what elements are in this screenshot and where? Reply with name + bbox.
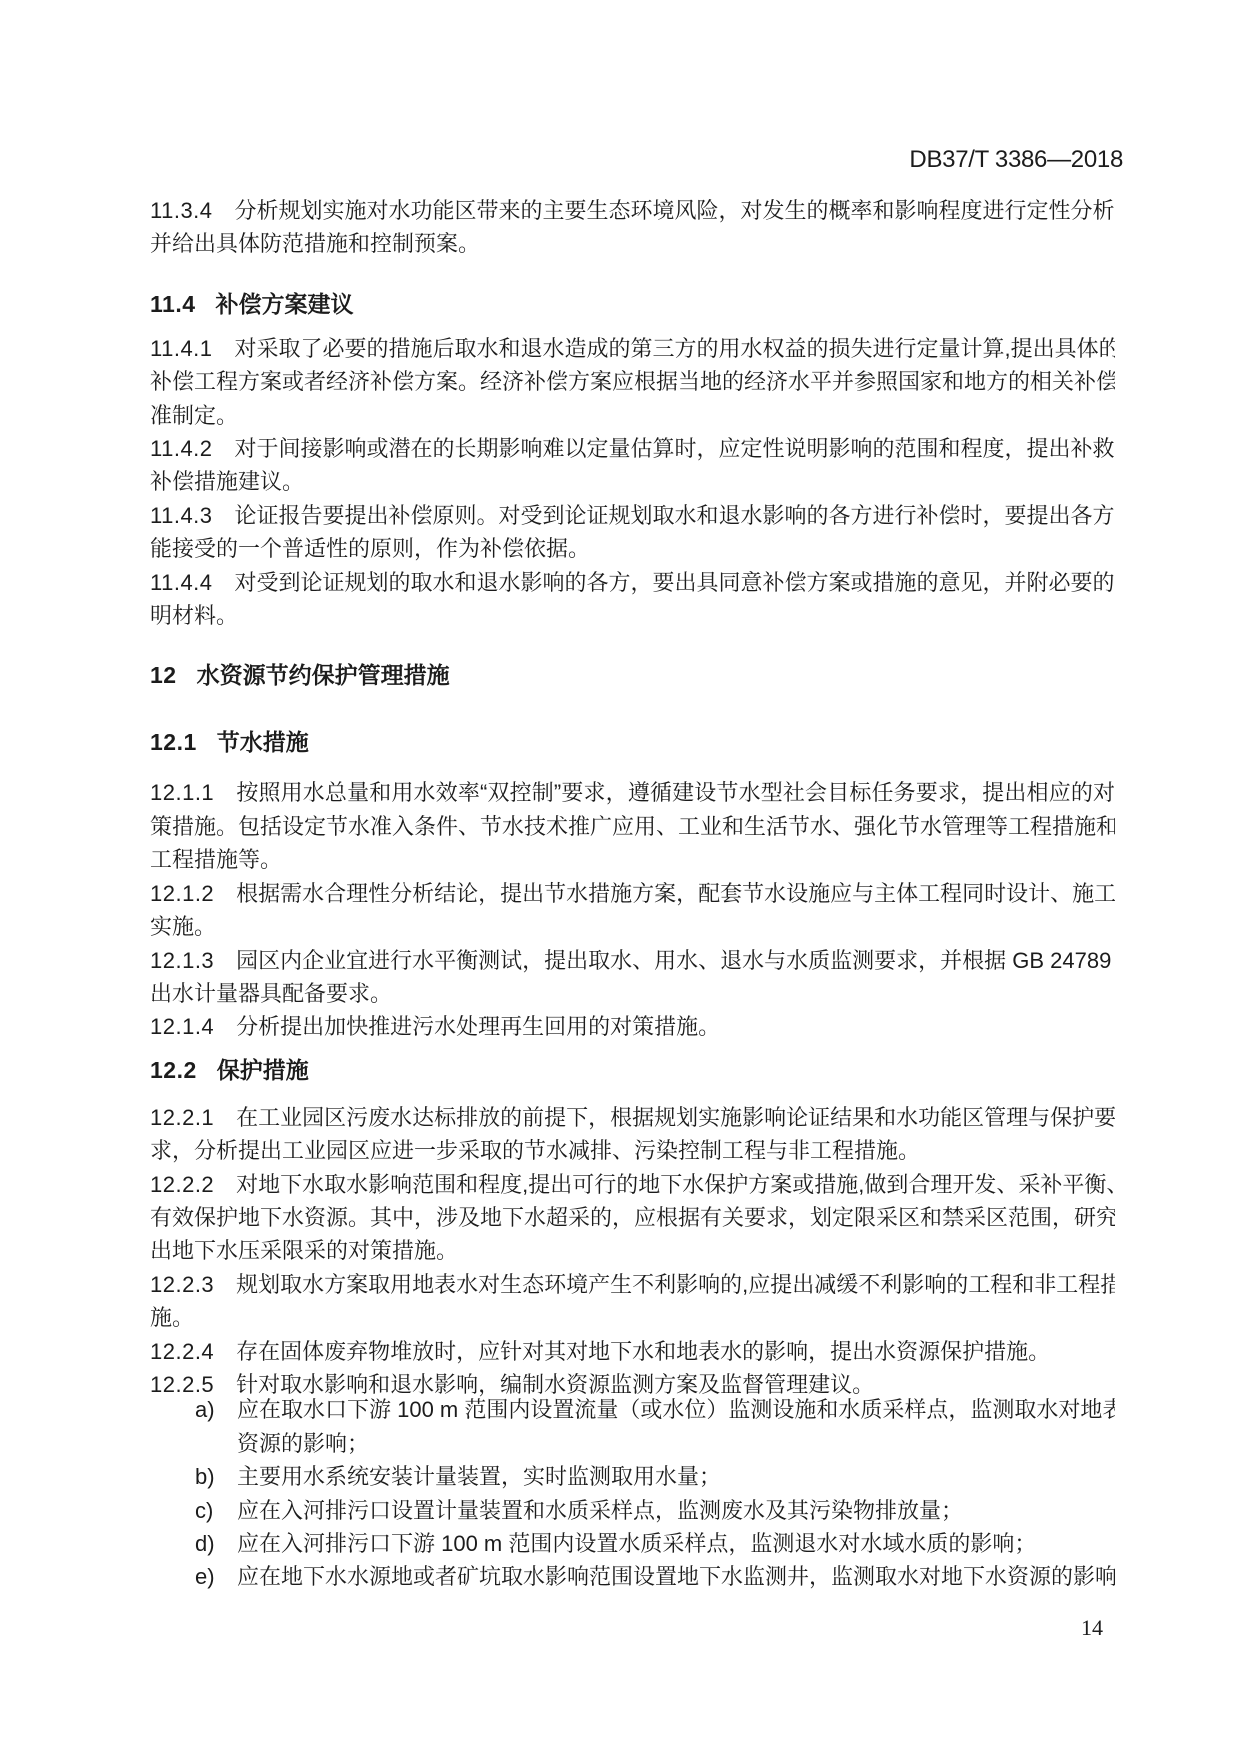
- list-item-d: d) 应在入河排污口下游 100 m 范围内设置水质采样点，监测退水对水域水质的…: [150, 1527, 1115, 1560]
- list-item-b: b) 主要用水系统安装计量装置，实时监测取用水量；: [150, 1460, 1115, 1493]
- clause-text: 根据需水合理性分析结论，提出节水措施方案，配套节水设施应与主体工程同时设计、施工…: [236, 881, 1115, 906]
- page-number: 14: [150, 1615, 1103, 1641]
- heading-number: 12.2: [150, 1053, 197, 1087]
- clause-line: 能接受的一个普适性的原则，作为补偿依据。: [150, 532, 1115, 565]
- clause-number: 12.2.3: [150, 1268, 214, 1301]
- clause-text: 按照用水总量和用水效率“双控制”要求，遵循建设节水型社会目标任务要求，提出相应的…: [236, 780, 1115, 805]
- list-item-line: 资源的影响；: [237, 1427, 1115, 1460]
- clause-line: 12.2.4存在固体废弃物堆放时，应针对其对地下水和地表水的影响，提出水资源保护…: [150, 1335, 1115, 1368]
- list-item-e: e) 应在地下水水源地或者矿坑取水影响范围设置地下水监测井，监测取水对地下水资源…: [150, 1560, 1115, 1593]
- clause-11-4-1: 11.4.1对采取了必要的措施后取水和退水造成的第三方的用水权益的损失进行定量计…: [150, 332, 1115, 432]
- heading-title: 水资源节约保护管理措施: [197, 662, 450, 688]
- clause-text: 在工业园区污废水达标排放的前提下，根据规划实施影响论证结果和水功能区管理与保护要: [236, 1105, 1115, 1130]
- clause-line: 12.1.4分析提出加快推进污水处理再生回用的对策措施。: [150, 1010, 1115, 1043]
- list-item-line: 应在入河排污口设置计量装置和水质采样点，监测废水及其污染物排放量；: [237, 1494, 1115, 1527]
- clause-line: 策措施。包括设定节水准入条件、节水技术推广应用、工业和生活节水、强化节水管理等工…: [150, 810, 1115, 843]
- clause-number: 12.1.2: [150, 877, 214, 910]
- heading-title: 保护措施: [217, 1057, 309, 1083]
- clause-number: 12.1.3: [150, 944, 214, 977]
- clause-line: 并给出具体防范措施和控制预案。: [150, 227, 1115, 260]
- clause-line: 12.2.2对地下水取水影响范围和程度,提出可行的地下水保护方案或措施,做到合理…: [150, 1168, 1115, 1201]
- list-item-line: 主要用水系统安装计量装置，实时监测取用水量；: [237, 1460, 1115, 1493]
- heading-11-4: 11.4补偿方案建议: [150, 287, 1115, 321]
- list-item-body: 应在地下水水源地或者矿坑取水影响范围设置地下水监测井，监测取水对地下水资源的影响…: [237, 1560, 1115, 1593]
- clause-text: 对采取了必要的措施后取水和退水造成的第三方的用水权益的损失进行定量计算,提出具体…: [235, 336, 1115, 361]
- clause-line: 12.1.3园区内企业宜进行水平衡测试，提出取水、用水、退水与水质监测要求，并根…: [150, 944, 1115, 977]
- clause-text: 存在固体废弃物堆放时，应针对其对地下水和地表水的影响，提出水资源保护措施。: [236, 1339, 1050, 1364]
- heading-number: 12.1: [150, 725, 197, 759]
- list-item-body: 应在入河排污口下游 100 m 范围内设置水质采样点，监测退水对水域水质的影响；: [237, 1527, 1115, 1560]
- clause-line: 12.2.1在工业园区污废水达标排放的前提下，根据规划实施影响论证结果和水功能区…: [150, 1101, 1115, 1134]
- list-marker: b): [195, 1460, 237, 1493]
- clause-line: 12.1.1按照用水总量和用水效率“双控制”要求，遵循建设节水型社会目标任务要求…: [150, 776, 1115, 809]
- clause-line: 11.4.4对受到论证规划的取水和退水影响的各方，要出具同意补偿方案或措施的意见…: [150, 566, 1115, 599]
- clause-11-4-4: 11.4.4对受到论证规划的取水和退水影响的各方，要出具同意补偿方案或措施的意见…: [150, 566, 1115, 633]
- clause-12-1-1: 12.1.1按照用水总量和用水效率“双控制”要求，遵循建设节水型社会目标任务要求…: [150, 776, 1115, 876]
- list-item-line: 应在取水口下游 100 m 范围内设置流量（或水位）监测设施和水质采样点，监测取…: [237, 1393, 1115, 1426]
- list-item-line: 应在地下水水源地或者矿坑取水影响范围设置地下水监测井，监测取水对地下水资源的影响…: [237, 1560, 1115, 1593]
- clause-12-1-3: 12.1.3园区内企业宜进行水平衡测试，提出取水、用水、退水与水质监测要求，并根…: [150, 944, 1115, 1011]
- document-page: DB37/T 3386—2018 11.3.4分析规划实施对水功能区带来的主要生…: [0, 0, 1241, 1755]
- heading-12: 12水资源节约保护管理措施: [150, 658, 1115, 692]
- clause-11-4-2: 11.4.2对于间接影响或潜在的长期影响难以定量估算时，应定性说明影响的范围和程…: [150, 432, 1115, 499]
- clause-12-2-3: 12.2.3规划取水方案取用地表水对生态环境产生不利影响的,应提出减缓不利影响的…: [150, 1268, 1115, 1335]
- clause-line: 12.2.3规划取水方案取用地表水对生态环境产生不利影响的,应提出减缓不利影响的…: [150, 1268, 1115, 1301]
- heading-number: 12: [150, 658, 177, 692]
- heading-number: 11.4: [150, 287, 196, 321]
- clause-line: 11.4.2对于间接影响或潜在的长期影响难以定量估算时，应定性说明影响的范围和程…: [150, 432, 1115, 465]
- clause-text: 分析提出加快推进污水处理再生回用的对策措施。: [236, 1014, 720, 1039]
- clause-line: 有效保护地下水资源。其中，涉及地下水超采的，应根据有关要求，划定限采区和禁采区范…: [150, 1201, 1115, 1234]
- clause-line: 11.4.1对采取了必要的措施后取水和退水造成的第三方的用水权益的损失进行定量计…: [150, 332, 1115, 365]
- clause-line: 实施。: [150, 910, 1115, 943]
- list-marker: a): [195, 1393, 237, 1460]
- clause-text: 对地下水取水影响范围和程度,提出可行的地下水保护方案或措施,做到合理开发、采补平…: [236, 1172, 1115, 1197]
- page-content: DB37/T 3386—2018 11.3.4分析规划实施对水功能区带来的主要生…: [150, 0, 1115, 1641]
- clause-line: 施。: [150, 1301, 1115, 1334]
- clause-line: 明材料。: [150, 599, 1115, 632]
- clause-list: a) 应在取水口下游 100 m 范围内设置流量（或水位）监测设施和水质采样点，…: [150, 1393, 1115, 1593]
- heading-12-2: 12.2保护措施: [150, 1053, 1115, 1087]
- clause-number: 11.4.2: [150, 432, 213, 465]
- list-item-body: 应在取水口下游 100 m 范围内设置流量（或水位）监测设施和水质采样点，监测取…: [237, 1393, 1115, 1460]
- clause-number: 11.3.4: [150, 194, 213, 227]
- list-item-line: 应在入河排污口下游 100 m 范围内设置水质采样点，监测退水对水域水质的影响；: [237, 1527, 1115, 1560]
- clause-line: 出地下水压采限采的对策措施。: [150, 1234, 1115, 1267]
- heading-12-1: 12.1节水措施: [150, 725, 1115, 759]
- clause-number: 11.4.1: [150, 332, 213, 365]
- clause-line: 补偿工程方案或者经济补偿方案。经济补偿方案应根据当地的经济水平并参照国家和地方的…: [150, 365, 1115, 398]
- list-marker: e): [195, 1560, 237, 1593]
- clause-text: 规划取水方案取用地表水对生态环境产生不利影响的,应提出减缓不利影响的工程和非工程…: [236, 1272, 1115, 1297]
- clause-11-3-4: 11.3.4分析规划实施对水功能区带来的主要生态环境风险，对发生的概率和影响程度…: [150, 194, 1115, 261]
- clause-number: 12.1.1: [150, 776, 214, 809]
- list-item-body: 主要用水系统安装计量装置，实时监测取用水量；: [237, 1460, 1115, 1493]
- clause-number: 11.4.3: [150, 499, 213, 532]
- clause-line: 准制定。: [150, 399, 1115, 432]
- clause-line: 出水计量器具配备要求。: [150, 977, 1115, 1010]
- heading-title: 补偿方案建议: [216, 291, 354, 317]
- clause-line: 11.4.3论证报告要提出补偿原则。对受到论证规划取水和退水影响的各方进行补偿时…: [150, 499, 1115, 532]
- clause-11-4-3: 11.4.3论证报告要提出补偿原则。对受到论证规划取水和退水影响的各方进行补偿时…: [150, 499, 1115, 566]
- list-item-c: c) 应在入河排污口设置计量装置和水质采样点，监测废水及其污染物排放量；: [150, 1494, 1115, 1527]
- clause-line: 工程措施等。: [150, 843, 1115, 876]
- clause-12-2-2: 12.2.2对地下水取水影响范围和程度,提出可行的地下水保护方案或措施,做到合理…: [150, 1168, 1115, 1268]
- clause-12-1-2: 12.1.2根据需水合理性分析结论，提出节水措施方案，配套节水设施应与主体工程同…: [150, 877, 1115, 944]
- clause-text: 园区内企业宜进行水平衡测试，提出取水、用水、退水与水质监测要求，并根据 GB 2…: [236, 948, 1115, 973]
- heading-title: 节水措施: [217, 729, 309, 755]
- clause-number: 11.4.4: [150, 566, 213, 599]
- clause-text: 论证报告要提出补偿原则。对受到论证规划取水和退水影响的各方进行补偿时，要提出各方…: [235, 503, 1115, 528]
- clause-number: 12.2.4: [150, 1335, 214, 1368]
- clause-number: 12.1.4: [150, 1010, 214, 1043]
- list-marker: c): [195, 1494, 237, 1527]
- clause-line: 补偿措施建议。: [150, 465, 1115, 498]
- clause-12-1-4: 12.1.4分析提出加快推进污水处理再生回用的对策措施。: [150, 1010, 1115, 1043]
- clause-text: 对受到论证规划的取水和退水影响的各方，要出具同意补偿方案或措施的意见，并附必要的…: [235, 570, 1115, 595]
- list-item-a: a) 应在取水口下游 100 m 范围内设置流量（或水位）监测设施和水质采样点，…: [150, 1393, 1115, 1460]
- clause-line: 12.1.2根据需水合理性分析结论，提出节水措施方案，配套节水设施应与主体工程同…: [150, 877, 1115, 910]
- clause-number: 12.2.1: [150, 1101, 214, 1134]
- clause-number: 12.2.2: [150, 1168, 214, 1201]
- list-marker: d): [195, 1527, 237, 1560]
- list-item-body: 应在入河排污口设置计量装置和水质采样点，监测废水及其污染物排放量；: [237, 1494, 1115, 1527]
- clause-text: 分析规划实施对水功能区带来的主要生态环境风险，对发生的概率和影响程度进行定性分析…: [235, 198, 1115, 223]
- clause-line: 11.3.4分析规划实施对水功能区带来的主要生态环境风险，对发生的概率和影响程度…: [150, 194, 1115, 227]
- clause-line: 求，分析提出工业园区应进一步采取的节水减排、污染控制工程与非工程措施。: [150, 1134, 1115, 1167]
- clause-text: 对于间接影响或潜在的长期影响难以定量估算时，应定性说明影响的范围和程度，提出补救…: [235, 436, 1115, 461]
- clause-12-2-1: 12.2.1在工业园区污废水达标排放的前提下，根据规划实施影响论证结果和水功能区…: [150, 1101, 1115, 1168]
- clause-12-2-4: 12.2.4存在固体废弃物堆放时，应针对其对地下水和地表水的影响，提出水资源保护…: [150, 1335, 1115, 1368]
- doc-code: DB37/T 3386—2018: [150, 146, 1123, 174]
